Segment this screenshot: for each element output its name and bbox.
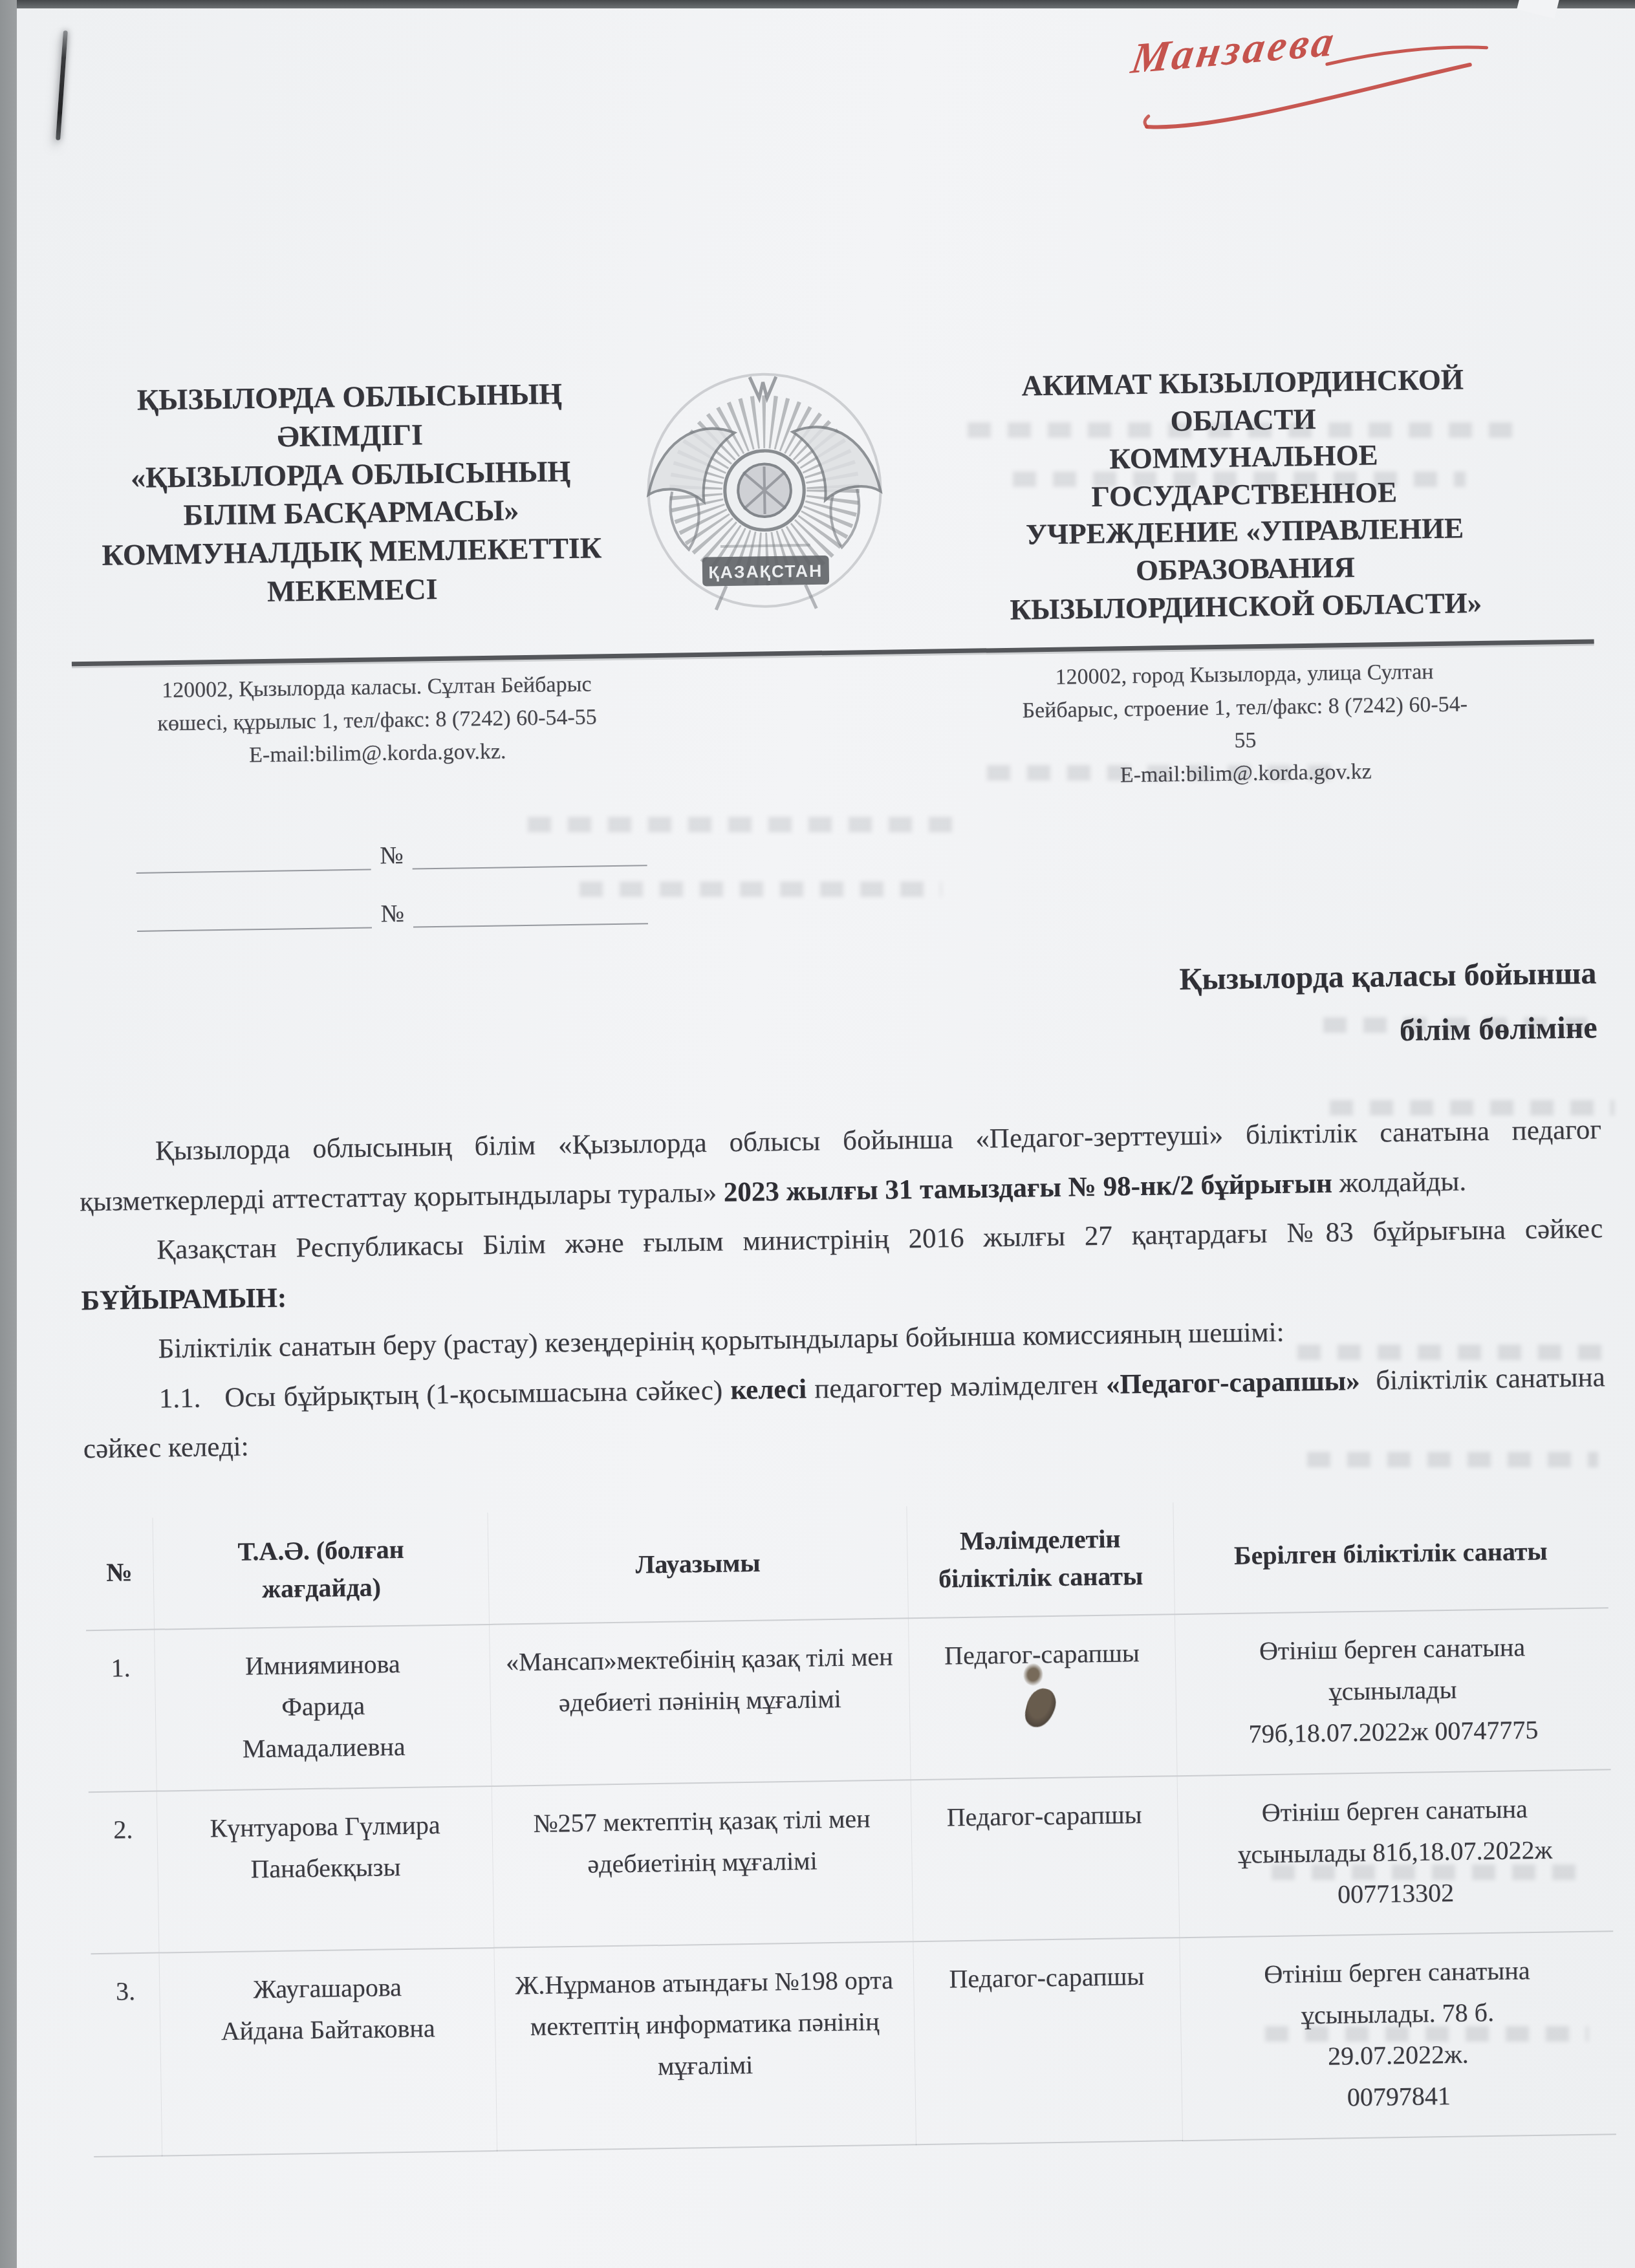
paper-sheet: Манзаева ҚЫЗЫЛОРДА ОБЛЫСЫНЫҢ ӘКІМДІГІ «Қ… bbox=[17, 8, 1635, 2268]
emphasis-word: келесі bbox=[730, 1374, 807, 1405]
blank-line bbox=[412, 839, 647, 869]
kazakhstan-emblem-icon: ҚАЗАҚСТАН bbox=[631, 362, 898, 629]
number-symbol: № bbox=[371, 900, 413, 929]
row-number: 2. bbox=[89, 1791, 160, 1954]
blank-line bbox=[136, 843, 371, 874]
scanned-document-page: Манзаева ҚЫЗЫЛОРДА ОБЛЫСЫНЫҢ ӘКІМДІГІ «Қ… bbox=[0, 0, 1635, 2268]
teacher-position: Ж.Нұрманов атындағы №198 орта мектептің … bbox=[494, 1941, 916, 2151]
category-name: «Педагог-сарапшы» bbox=[1106, 1366, 1360, 1400]
address-kazakh: 120002, Қызылорда каласы. Сұлтан Бейбары… bbox=[72, 667, 683, 808]
teacher-name: Күнтуарова Гүлмира Панабекқызы bbox=[157, 1786, 495, 1953]
column-header-name: Т.А.Ә. (болған жағдайда) bbox=[153, 1513, 489, 1630]
paragraph-text: педагогтер мәлімделген bbox=[807, 1370, 1107, 1405]
awarded-category: Өтініш берген санатына ұсынылады 79б,18.… bbox=[1175, 1608, 1611, 1776]
outgoing-number-line: № bbox=[136, 837, 647, 874]
addressee: Қызылорда қаласы бойынша білім бөліміне bbox=[76, 947, 1600, 1078]
column-header-awarded-category: Берілген біліктілік санаты bbox=[1173, 1496, 1608, 1614]
awarded-category: Өтініш берген санатына ұсынылады. 78 б. … bbox=[1179, 1931, 1616, 2141]
blank-line bbox=[136, 902, 371, 932]
table-row: 3. Жаугашарова Айдана Байтаковна Ж.Нұрма… bbox=[91, 1931, 1616, 2157]
teacher-position: «Мансап»мектебінің қазақ тілі мен әдебие… bbox=[490, 1618, 911, 1786]
scanner-edge-left bbox=[0, 0, 17, 2268]
paragraph-text: жолдайды. bbox=[1332, 1166, 1466, 1198]
ink-blot-artifact bbox=[1023, 1685, 1059, 1731]
number-symbol: № bbox=[371, 841, 413, 870]
declared-category: Педагог-сарапшы bbox=[908, 1614, 1177, 1780]
emblem-cell: ҚАЗАҚСТАН bbox=[631, 369, 898, 629]
column-header-number: № bbox=[85, 1518, 155, 1631]
declared-category: Педагог-сарапшы bbox=[913, 1938, 1182, 2144]
column-header-declared-category: Мәлімделетін біліктілік санаты bbox=[907, 1502, 1175, 1618]
table-row: 2. Күнтуарова Гүлмира Панабекқызы №257 м… bbox=[89, 1769, 1613, 1954]
row-number: 1. bbox=[86, 1629, 157, 1792]
row-number: 3. bbox=[91, 1952, 162, 2157]
teacher-name: Жаугашарова Айдана Байтаковна bbox=[159, 1948, 497, 2156]
order-date-number: 2023 жылғы 31 тамыздағы № 98-нк/2 бұйрығ… bbox=[723, 1168, 1332, 1207]
awarded-category: Өтініш берген санатына ұсынылады 81б,18.… bbox=[1177, 1769, 1614, 1938]
table-header-row: № Т.А.Ә. (болған жағдайда) Лауазымы Мәлі… bbox=[85, 1496, 1608, 1630]
org-name-kazakh: ҚЫЗЫЛОРДА ОБЛЫСЫНЫҢ ӘКІМДІГІ «ҚЫЗЫЛОРДА … bbox=[67, 373, 634, 614]
attestation-table: № Т.А.Ә. (болған жағдайда) Лауазымы Мәлі… bbox=[85, 1496, 1616, 2157]
blank-line bbox=[413, 897, 648, 927]
registration-number-block: № № bbox=[136, 837, 648, 932]
table-row: 1. Имнияминова Фарида Мамадалиевна «Манс… bbox=[86, 1608, 1610, 1792]
emblem-caption: ҚАЗАҚСТАН bbox=[708, 561, 823, 583]
column-header-position: Лауазымы bbox=[488, 1506, 908, 1625]
declared-category: Педагог-сарапшы bbox=[911, 1776, 1180, 1941]
document-content: ҚЫЗЫЛОРДА ОБЛЫСЫНЫҢ ӘКІМДІГІ «ҚЫЗЫЛОРДА … bbox=[62, 0, 1616, 2157]
teacher-name: Имнияминова Фарида Мамадалиевна bbox=[155, 1625, 492, 1791]
declared-category-text: Педагог-сарапшы bbox=[944, 1638, 1140, 1670]
org-name-russian: АКИМАТ КЫЗЫЛОРДИНСКОЙ ОБЛАСТИ КОММУНАЛЬН… bbox=[894, 359, 1594, 630]
letterhead: ҚЫЗЫЛОРДА ОБЛЫСЫНЫҢ ӘКІМДІГІ «ҚЫЗЫЛОРДА … bbox=[67, 359, 1594, 642]
scanner-edge-top bbox=[0, 0, 1635, 8]
teacher-position: №257 мектептің қазақ тілі мен әдебиетіні… bbox=[492, 1780, 913, 1948]
letter-body: Қызылорда облысының білім «Қызылорда обл… bbox=[79, 1106, 1607, 1475]
order-keyword: БҰЙЫРАМЫН: bbox=[81, 1282, 287, 1316]
emblem-banner: ҚАЗАҚСТАН bbox=[702, 556, 829, 587]
address-row: 120002, Қызылорда каласы. Сұлтан Бейбары… bbox=[72, 653, 1596, 808]
paragraph-text: 1.1. Осы бұйрықтың (1-қосымшасына сәйкес… bbox=[158, 1375, 730, 1414]
address-russian: 120002, город Кызылорда, улица Султан Бе… bbox=[894, 653, 1596, 795]
incoming-number-line: № bbox=[136, 896, 648, 932]
